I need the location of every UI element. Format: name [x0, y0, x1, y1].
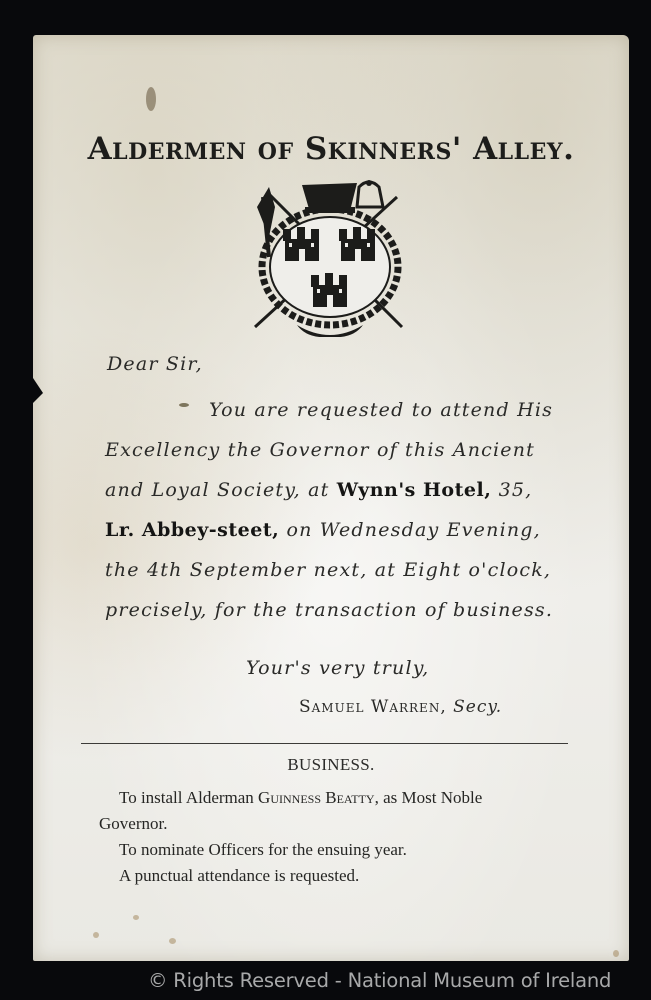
venue-number: 35, [499, 479, 533, 501]
body-line: the 4th September next, at Eight o'clock… [105, 550, 565, 590]
salutation: Dear Sir, [107, 353, 203, 375]
document-title: Aldermen of Skinners' Alley. [33, 131, 629, 167]
body-line: precisely, for the transaction of busine… [105, 590, 565, 630]
business-text: as Most Noble [383, 788, 482, 807]
body-line: Excellency the Governor of this Ancient [105, 430, 565, 470]
signature: Samuel Warren, Secy. [299, 697, 502, 717]
body-text: and Loyal Society, at [105, 479, 330, 501]
signatory-name: Samuel Warren, [299, 697, 447, 717]
body-text: on Wednesday Evening, [286, 519, 540, 541]
document-sheet: Aldermen of Skinners' Alley. [33, 35, 629, 961]
business-text: To install Alderman [99, 788, 254, 807]
section-divider [81, 743, 568, 744]
nominee-name: Guinness Beatty, [258, 788, 379, 807]
body-line: You are requested to attend His [105, 390, 565, 430]
stain-mark [133, 915, 139, 920]
copyright-credit: © Rights Reserved - National Museum of I… [148, 969, 611, 992]
signatory-title: Secy. [453, 697, 502, 717]
venue-street: Lr. Abbey-steet, [105, 519, 279, 541]
body-line: and Loyal Society, at Wynn's Hotel, 35, [105, 470, 565, 510]
business-heading: BUSINESS. [33, 755, 629, 775]
coat-of-arms-three-castles-icon [247, 177, 413, 337]
venue-name: Wynn's Hotel, [337, 479, 492, 501]
body-line: Lr. Abbey-steet, on Wednesday Evening, [105, 510, 565, 550]
stain-mark [613, 950, 619, 957]
business-item: A punctual attendance is requested. [99, 863, 559, 889]
stain-mark [169, 938, 176, 944]
invitation-body: You are requested to attend His Excellen… [105, 390, 565, 630]
stain-mark [146, 87, 156, 111]
stain-mark [93, 932, 99, 938]
business-item: To nominate Officers for the ensuing yea… [99, 837, 559, 863]
business-list: To install Alderman Guinness Beatty, as … [99, 785, 559, 889]
business-text: Governor. [99, 814, 167, 833]
photo-frame: Aldermen of Skinners' Alley. [0, 0, 651, 1000]
business-item: To install Alderman Guinness Beatty, as … [99, 785, 559, 837]
closing: Your's very truly, [246, 657, 429, 679]
